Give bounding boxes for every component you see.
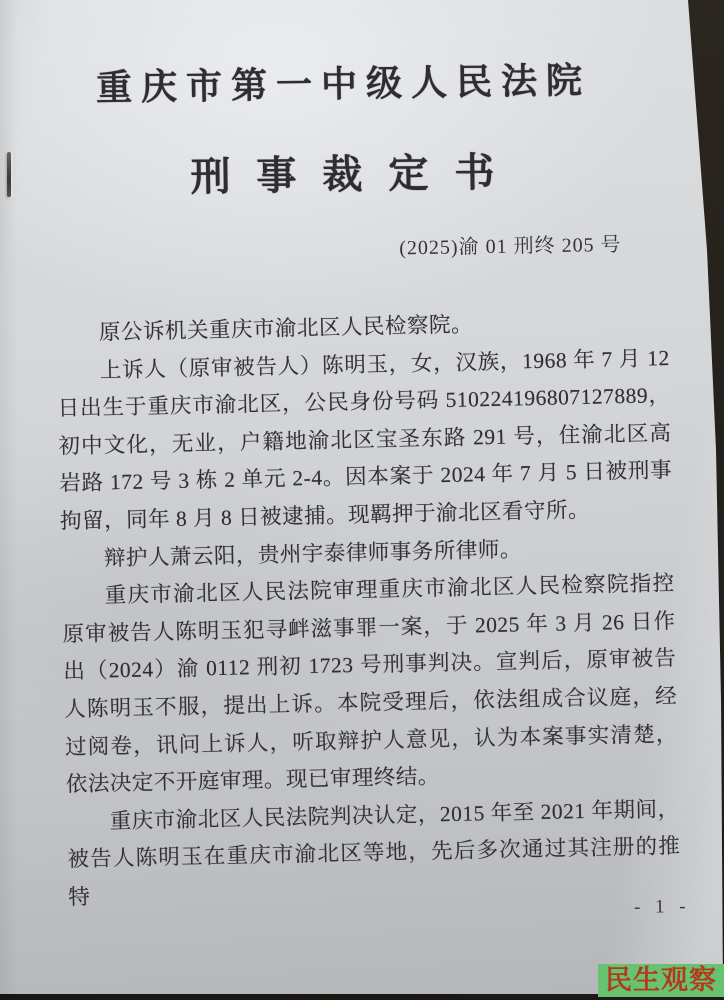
case-number: (2025)渝 01 刑终 205 号 (0, 226, 722, 266)
document-title: 刑事裁定书 (0, 138, 705, 206)
staple-mark (7, 152, 11, 197)
paragraph-procedure-history: 重庆市渝北区人民法院审理重庆市渝北区人民检察院指控原审被告人陈明玉犯寻衅滋事罪一… (61, 565, 679, 804)
page-number: - 1 - (634, 896, 691, 919)
paragraph-appellant-info: 上诉人（原审被告人）陈明玉，女，汉族，1968 年 7 月 12 日出生于重庆市… (56, 340, 673, 541)
watermark-text: 民生观察 (605, 965, 717, 995)
court-name: 重庆市第一中级人民法院 (0, 51, 701, 113)
watermark-badge: 民生观察 (598, 964, 724, 997)
document-photo: 重庆市第一中级人民法院 刑事裁定书 (2025)渝 01 刑终 205 号 原公… (0, 0, 724, 1000)
paragraph-court-findings: 重庆市渝北区人民法院判决认定，2015 年至 2021 年期间，被告人陈明玉在重… (66, 791, 681, 917)
page-content: 重庆市第一中级人民法院 刑事裁定书 (2025)渝 01 刑终 205 号 原公… (0, 0, 724, 1000)
document-body: 原公诉机关重庆市渝北区人民检察院。 上诉人（原审被告人）陈明玉，女，汉族，196… (0, 301, 724, 918)
paper-sheet: 重庆市第一中级人民法院 刑事裁定书 (2025)渝 01 刑终 205 号 原公… (0, 0, 724, 1000)
